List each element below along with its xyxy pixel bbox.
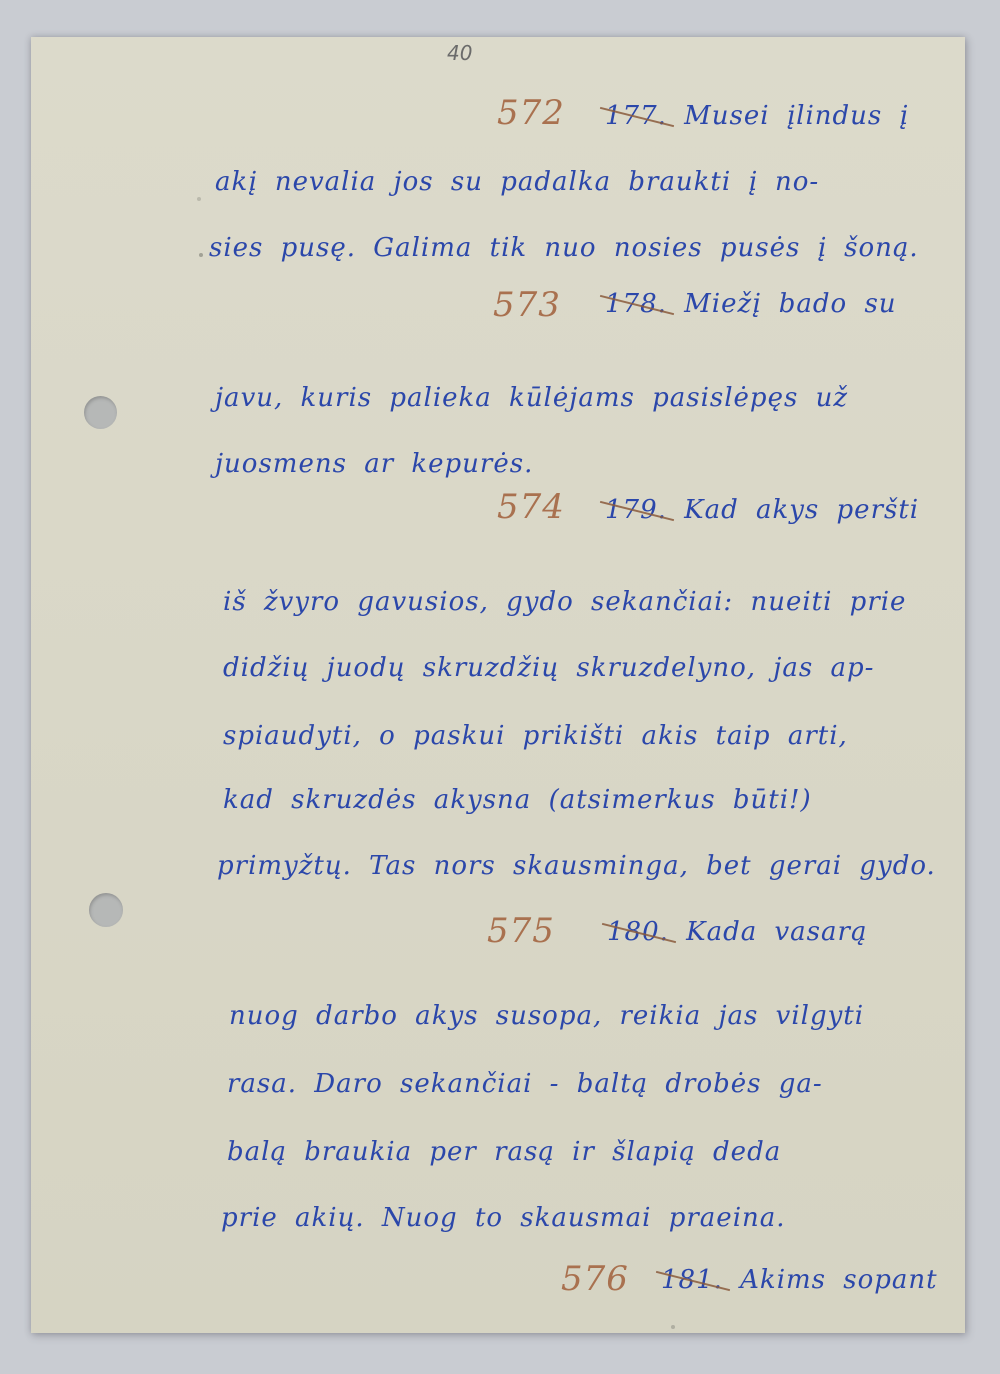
original-number-struck: 179.: [605, 495, 667, 525]
page-number-mark: 40: [447, 41, 472, 65]
text-line: nuog darbo akys susopa, reikia jas vilgy…: [229, 1001, 864, 1031]
original-number-struck: 181.: [661, 1265, 723, 1295]
entry-heading-line: 179. Kad akys peršti: [605, 495, 919, 525]
archive-number: 572: [497, 93, 565, 133]
text-line: Kad akys peršti: [684, 495, 919, 525]
text-line: juosmens ar kepurės.: [215, 449, 533, 479]
original-number: 178.: [605, 289, 667, 319]
entry-heading-line: 177. Musei įlindus į: [605, 101, 909, 131]
manuscript-page: 40 572 177. Musei įlindus į akį nevalia …: [31, 37, 965, 1333]
text-line: kad skruzdės akysna (atsimerkus būti!): [223, 785, 812, 815]
entry-heading-line: 178. Miežį bado su: [605, 289, 897, 319]
text-line: prie akių. Nuog to skausmai praeina.: [221, 1203, 786, 1233]
entry-heading-line: 181. Akims sopant: [661, 1265, 938, 1295]
archive-number: 576: [561, 1259, 629, 1299]
text-line: didžių juodų skruzdžių skruzdelyno, jas …: [223, 653, 874, 683]
text-line: primyžtų. Tas nors skausminga, bet gerai…: [217, 851, 936, 881]
archive-number: 575: [487, 911, 555, 951]
paper-speck: [671, 1325, 675, 1329]
archive-number: 574: [497, 487, 565, 527]
text-line: Akims sopant: [740, 1265, 937, 1295]
text-line: spiaudyti, o paskui prikišti akis taip a…: [223, 721, 848, 751]
paper-speck: [199, 253, 203, 257]
text-line: Kada vasarą: [686, 917, 867, 947]
text-line: Musei įlindus į: [684, 101, 909, 131]
punch-hole-top: [84, 396, 117, 429]
text-line: balą braukia per rasą ir šlapią deda: [227, 1137, 781, 1167]
text-line: iš žvyro gavusios, gydo sekančiai: nueit…: [223, 587, 906, 617]
text-line: javu, kuris palieka kūlėjams pasislėpęs …: [215, 383, 848, 413]
text-line: akį nevalia jos su padalka braukti į no-: [215, 167, 819, 197]
text-line: Miežį bado su: [684, 289, 896, 319]
paper-speck: [197, 197, 201, 201]
original-number-struck: 180.: [607, 917, 669, 947]
text-line: sies pusę. Galima tik nuo nosies pusės į…: [209, 233, 919, 263]
text-line: rasa. Daro sekančiai - baltą drobės ga-: [227, 1069, 823, 1099]
archive-number: 573: [493, 285, 561, 325]
punch-hole-bottom: [89, 893, 123, 927]
original-number-struck: 177.: [605, 101, 667, 131]
entry-heading-line: 180. Kada vasarą: [607, 917, 867, 947]
